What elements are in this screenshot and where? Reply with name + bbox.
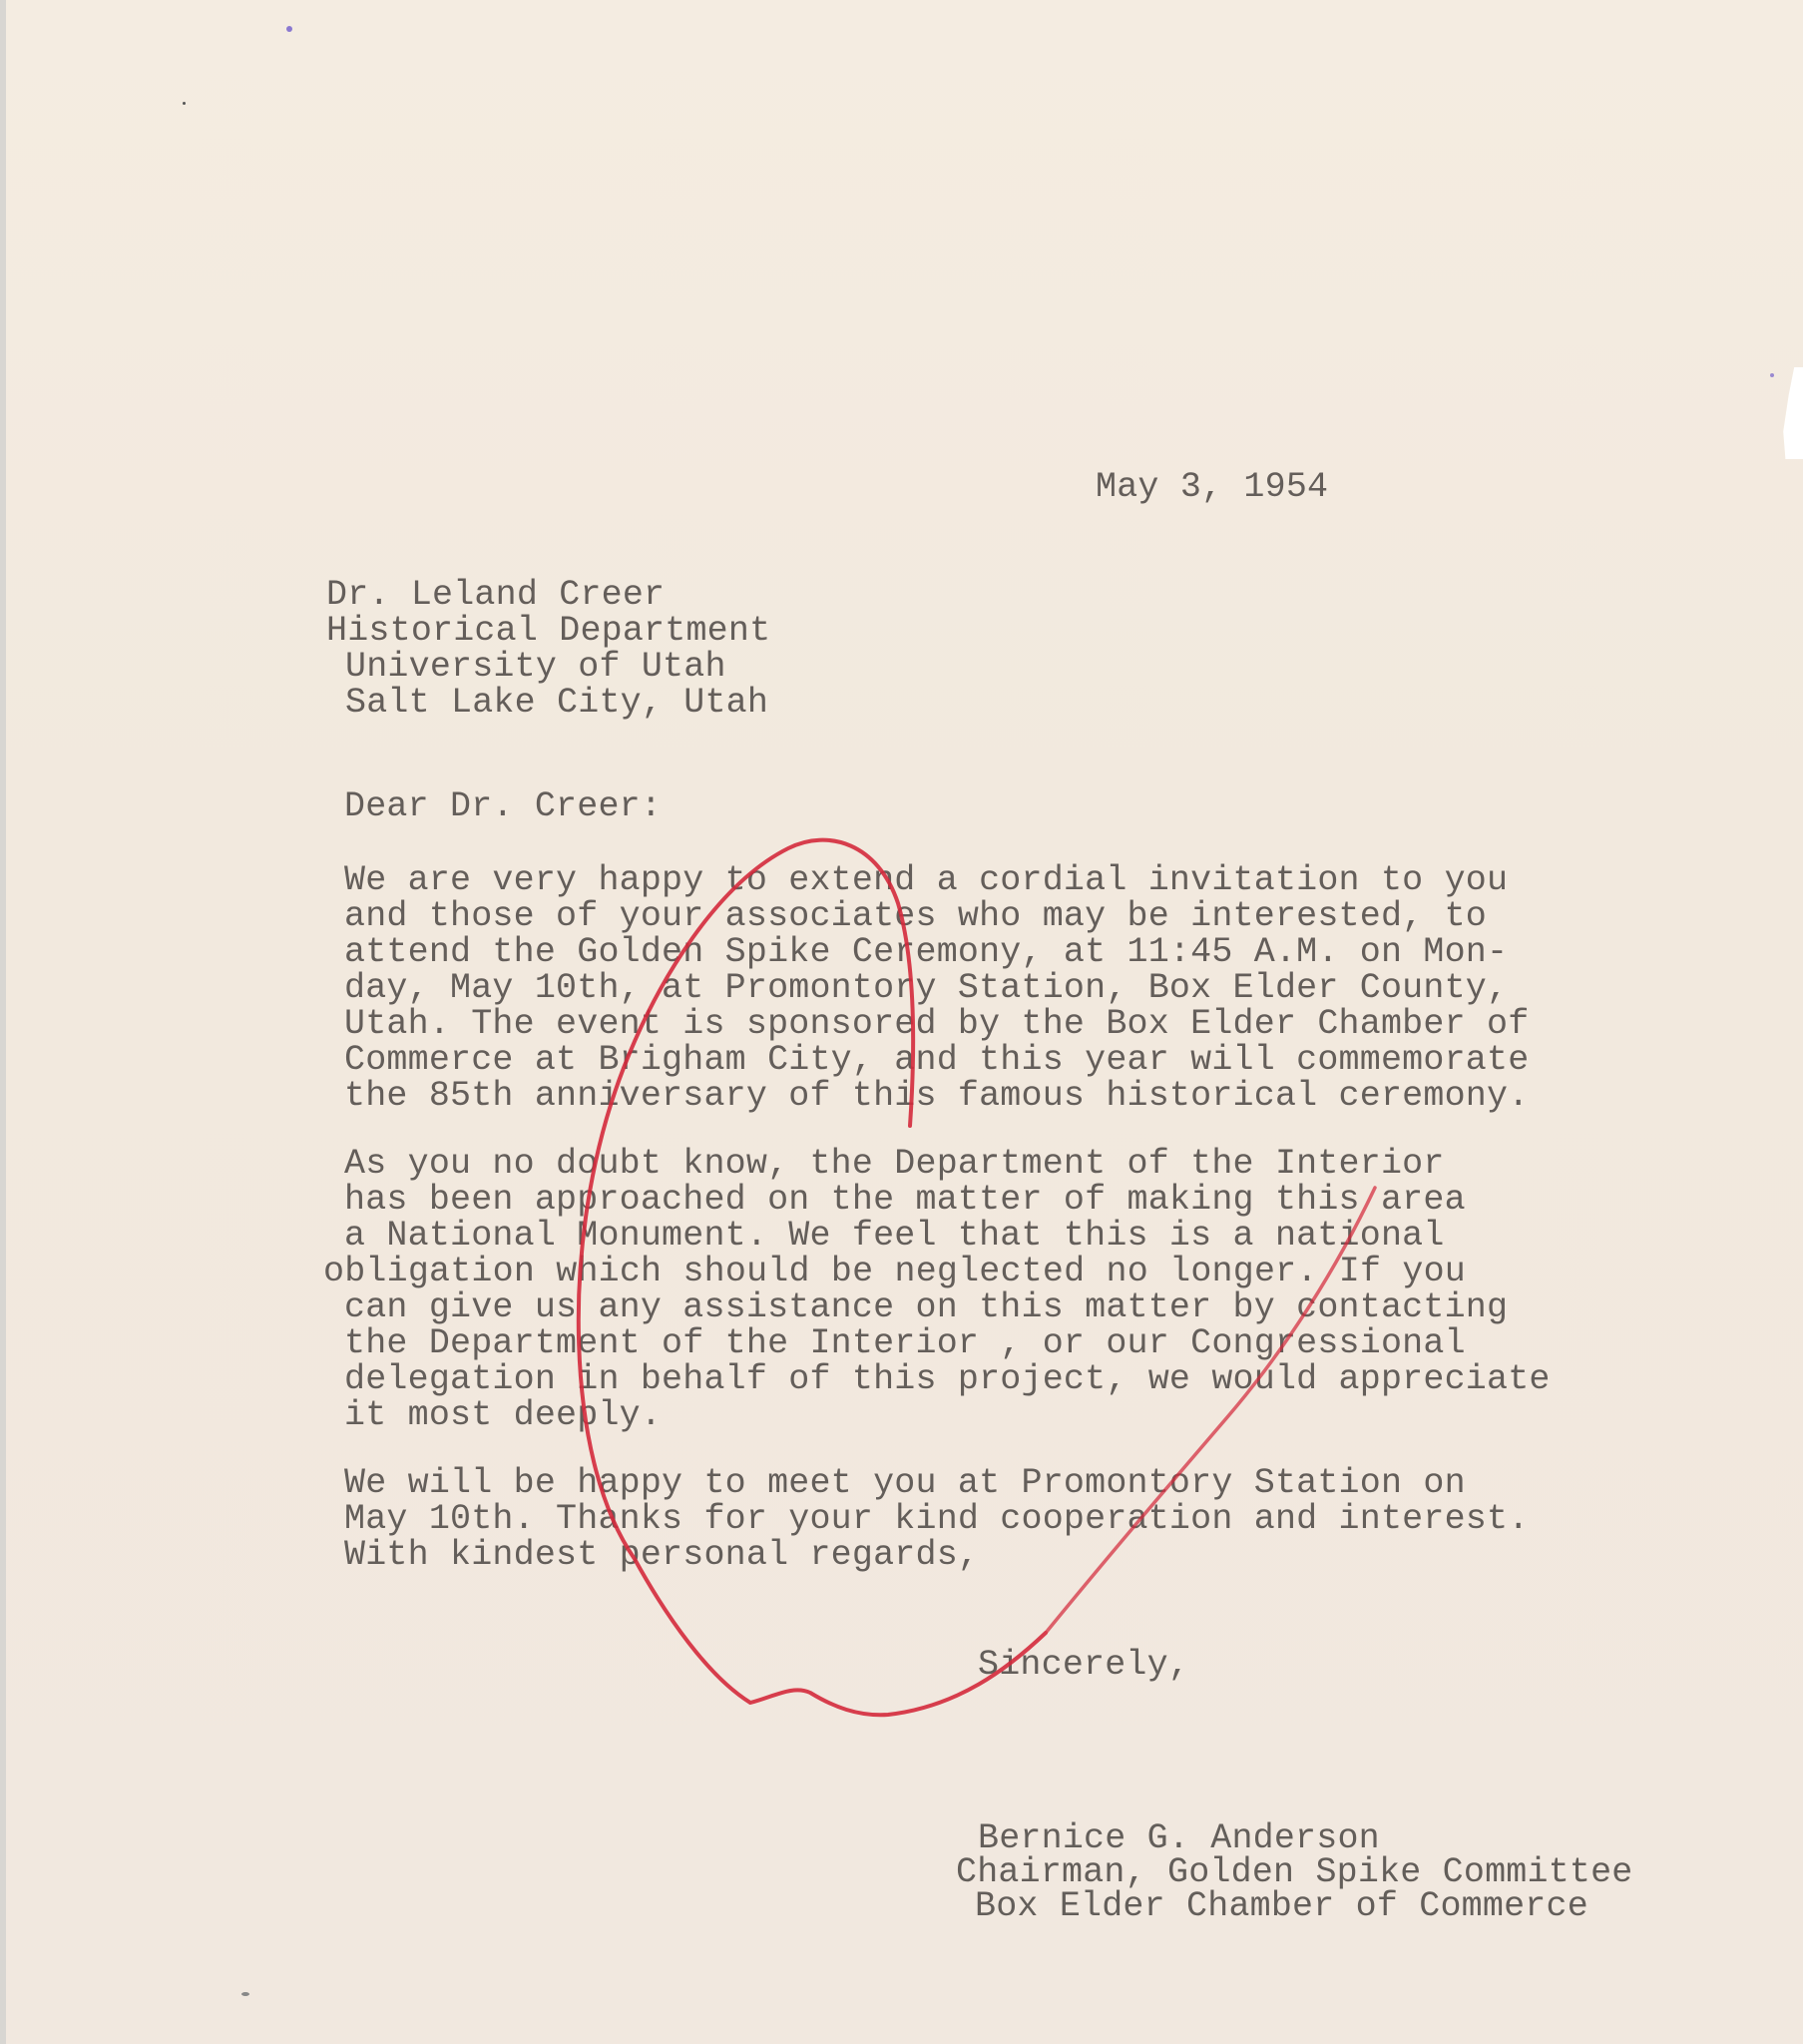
body-line: it most deeply. <box>344 1397 662 1433</box>
ink-speck <box>1770 373 1774 377</box>
body-line: a National Monument. We feel that this i… <box>344 1218 1445 1254</box>
body-line: obligation which should be neglected no … <box>323 1254 1466 1289</box>
ink-speck <box>183 102 186 105</box>
recipient-city: Salt Lake City, Utah <box>345 685 768 721</box>
signer-organization: Box Elder Chamber of Commerce <box>975 1888 1588 1924</box>
body-line: and those of your associates who may be … <box>344 898 1487 934</box>
closing: Sincerely, <box>978 1647 1189 1683</box>
body-line: May 10th. Thanks for your kind cooperati… <box>344 1501 1529 1537</box>
body-line: can give us any assistance on this matte… <box>344 1289 1508 1325</box>
signer-title: Chairman, Golden Spike Committee <box>956 1854 1633 1890</box>
body-line: We are very happy to extend a cordial in… <box>344 862 1508 898</box>
salutation: Dear Dr. Creer: <box>344 788 662 824</box>
body-line: has been approached on the matter of mak… <box>344 1182 1466 1218</box>
body-line: As you no doubt know, the Department of … <box>344 1146 1445 1182</box>
body-line: delegation in behalf of this project, we… <box>344 1361 1551 1397</box>
recipient-name: Dr. Leland Creer <box>326 577 665 613</box>
scan-left-edge <box>0 0 6 2044</box>
body-line: the 85th anniversary of this famous hist… <box>344 1078 1529 1114</box>
signer-name: Bernice G. Anderson <box>978 1820 1380 1856</box>
body-line: Commerce at Brigham City, and this year … <box>344 1042 1529 1078</box>
recipient-institution: University of Utah <box>345 649 726 685</box>
body-line: the Department of the Interior , or our … <box>344 1325 1466 1361</box>
ink-speck <box>286 26 292 32</box>
body-line: With kindest personal regards, <box>344 1537 979 1573</box>
letter-date: May 3, 1954 <box>1096 469 1328 505</box>
recipient-department: Historical Department <box>326 613 770 649</box>
body-line: attend the Golden Spike Ceremony, at 11:… <box>344 934 1508 970</box>
ink-speck <box>241 1992 249 1996</box>
body-line: Utah. The event is sponsored by the Box … <box>344 1006 1529 1042</box>
body-line: We will be happy to meet you at Promonto… <box>344 1465 1466 1501</box>
body-line: day, May 10th, at Promontory Station, Bo… <box>344 970 1508 1006</box>
